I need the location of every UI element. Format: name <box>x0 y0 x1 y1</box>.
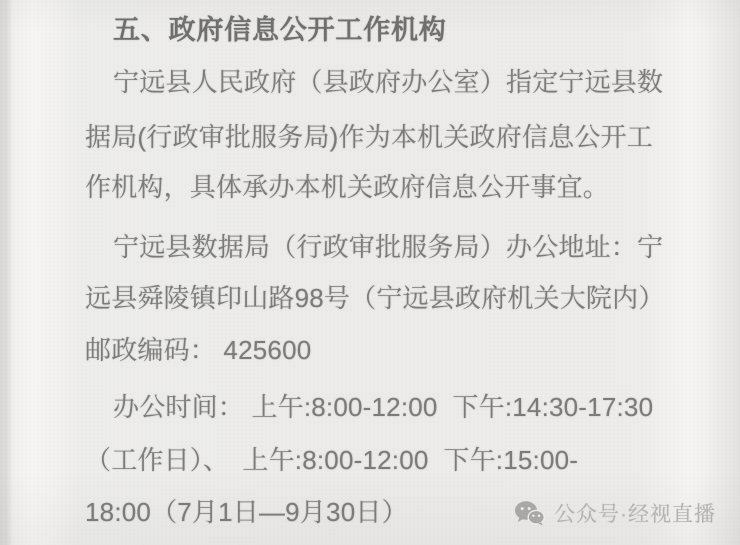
text-line: 宁远县数据局（行政审批服务局）办公地址：宁 <box>113 230 663 264</box>
text-line: 宁远县人民政府（县政府办公室）指定宁远县数 <box>113 65 663 99</box>
section-heading: 五、政府信息公开工作机构 <box>113 13 447 47</box>
wechat-icon <box>514 500 545 526</box>
text-line: （工作日）、 上午:8:00-12:00 下午:15:00- <box>85 443 578 477</box>
watermark: 公众号·经视直播 <box>514 498 716 528</box>
text-line: 18:00（7月1日—9月30日） <box>85 495 408 529</box>
text-line: 据局(行政审批服务局)作为本机关政府信息公开工 <box>85 120 653 154</box>
text-line: 邮政编码： 425600 <box>85 333 311 367</box>
document-page: 五、政府信息公开工作机构 宁远县人民政府（县政府办公室）指定宁远县数 据局(行政… <box>0 0 740 545</box>
watermark-label: 公众号·经视直播 <box>554 498 716 528</box>
text-line: 作机构，具体承办本机关政府信息公开事宜。 <box>85 170 609 204</box>
text-line: 办公时间： 上午:8:00-12:00 下午:14:30-17:30 <box>113 390 653 424</box>
text-line: 远县舜陵镇印山路98号（宁远县政府机关大院内） <box>85 281 665 315</box>
